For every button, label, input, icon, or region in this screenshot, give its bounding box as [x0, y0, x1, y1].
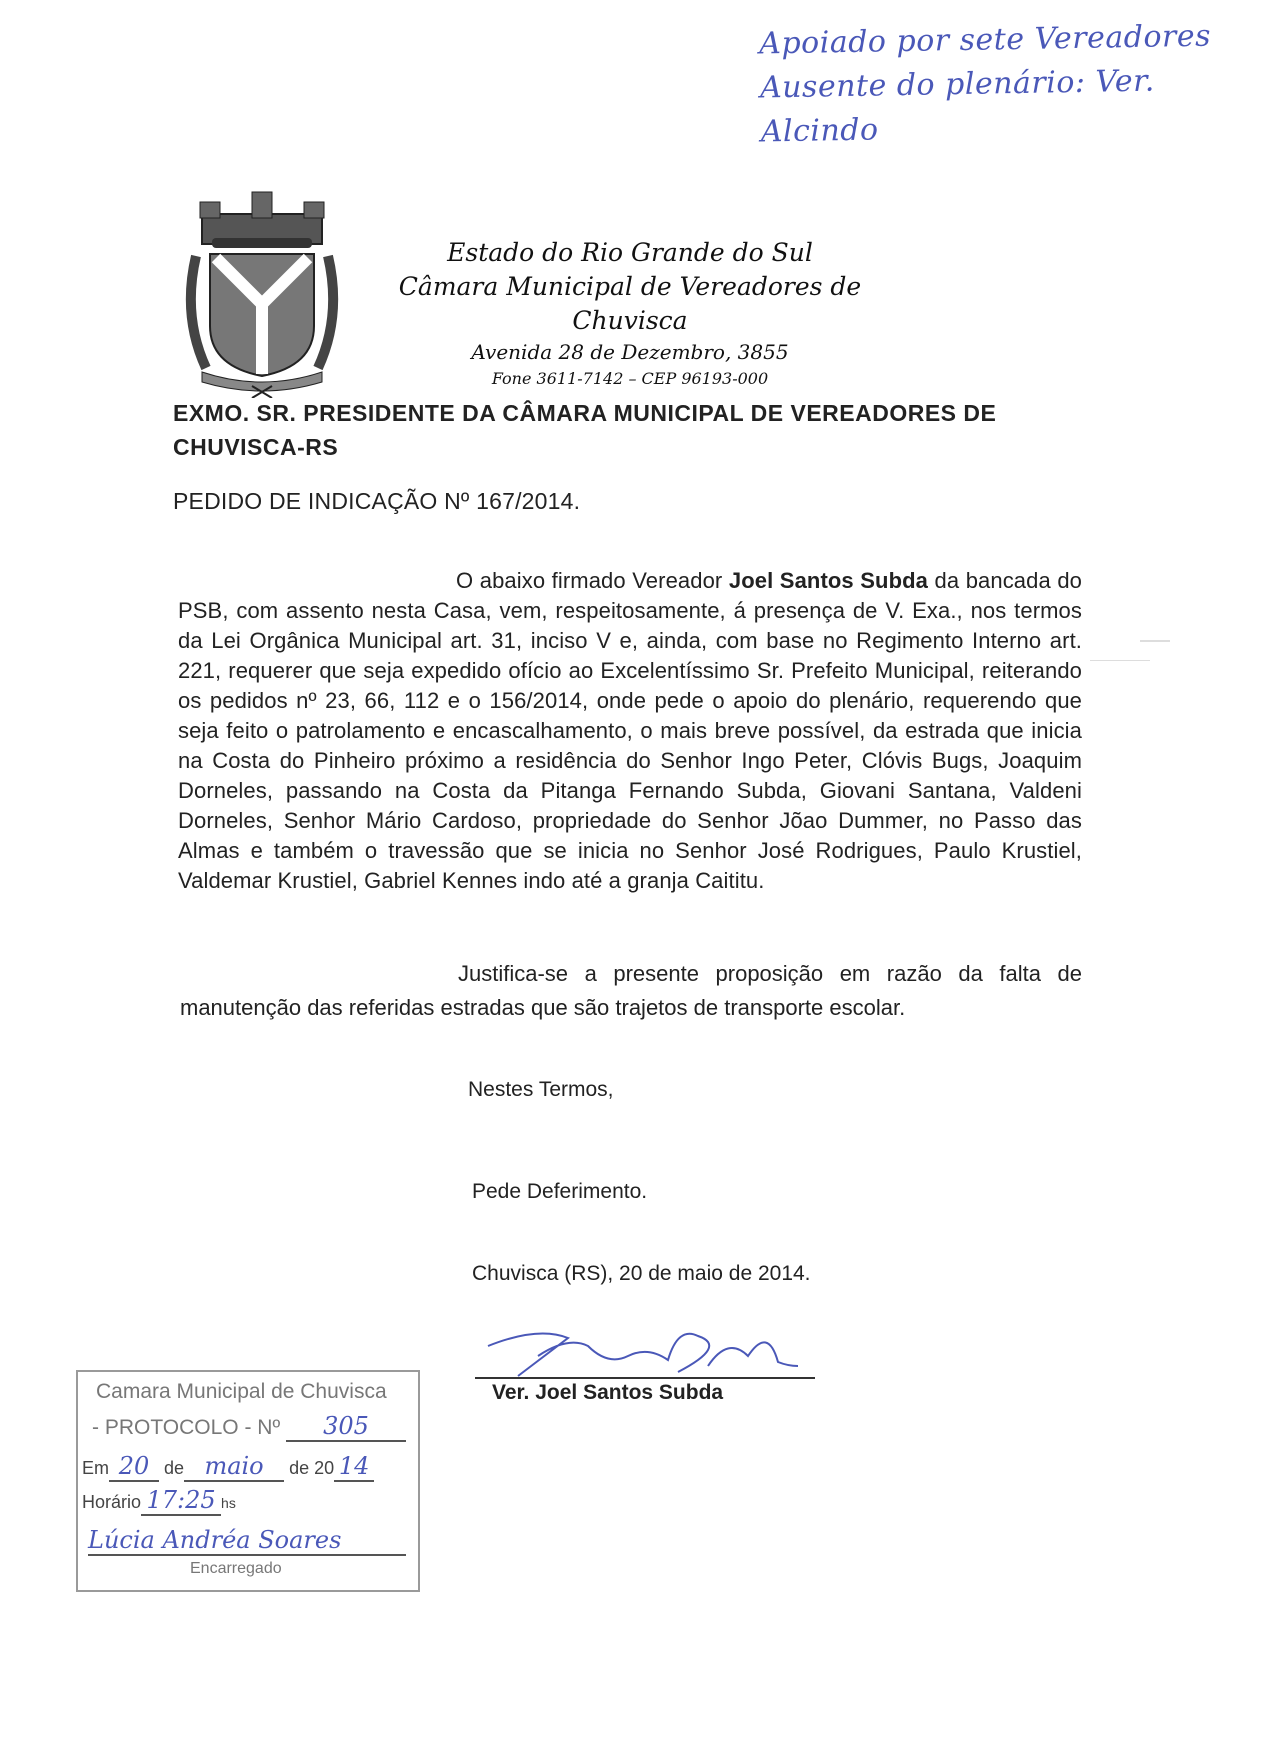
stamp-time-suffix: hs	[221, 1495, 236, 1511]
stamp-date-row: Em20 demaio de 2014	[82, 1452, 374, 1482]
stamp-time-row: Horário17:25hs	[82, 1486, 236, 1516]
request-title: PEDIDO DE INDICAÇÃO Nº 167/2014.	[173, 488, 580, 515]
body-paragraph: O abaixo firmado Vereador Joel Santos Su…	[178, 566, 1082, 896]
addressee-line-2: CHUVISCA-RS	[173, 430, 1073, 464]
stamp-month: maio	[184, 1452, 284, 1482]
letterhead-address: Avenida 28 de Dezembro, 3855	[340, 338, 920, 366]
body-main: da bancada do PSB, com assento nesta Cas…	[178, 568, 1082, 893]
stamp-year-prefix: de 20	[289, 1458, 334, 1478]
closing-terms: Nestes Termos,	[468, 1078, 614, 1102]
stamp-protocol-row: - PROTOCOLO - Nº 305	[92, 1412, 406, 1442]
signatory-name: Ver. Joel Santos Subda	[492, 1381, 723, 1405]
closing-request: Pede Deferimento.	[472, 1180, 647, 1204]
stamp-time-label: Horário	[82, 1492, 141, 1512]
protocol-stamp: Camara Municipal de Chuvisca - PROTOCOLO…	[76, 1370, 420, 1592]
letterhead: Estado do Rio Grande do Sul Câmara Munic…	[340, 236, 920, 392]
justification-paragraph: Justifica-se a presente proposição em ra…	[180, 957, 1082, 1025]
stamp-header: Camara Municipal de Chuvisca	[96, 1380, 387, 1404]
signature-line	[475, 1377, 815, 1379]
letterhead-state: Estado do Rio Grande do Sul	[340, 236, 920, 270]
stamp-day: 20	[109, 1452, 159, 1482]
stamp-protocol-number: 305	[286, 1412, 406, 1442]
stamp-protocol-label: - PROTOCOLO - Nº	[92, 1416, 280, 1439]
body-intro: O abaixo firmado Vereador	[456, 568, 729, 593]
addressee: EXMO. SR. PRESIDENTE DA CÂMARA MUNICIPAL…	[173, 396, 1073, 464]
stamp-date-prefix: Em	[82, 1458, 109, 1478]
scan-speck	[1090, 660, 1150, 661]
letterhead-contact: Fone 3611-7142 – CEP 96193-000	[340, 366, 920, 392]
stamp-month-prefix: de	[164, 1458, 184, 1478]
stamp-role: Encarregado	[190, 1560, 282, 1578]
signature-scrawl-icon	[478, 1316, 818, 1380]
author-name: Joel Santos Subda	[729, 568, 928, 593]
handwritten-annotation: Apoiado por sete Vereadores Ausente do p…	[759, 14, 1275, 155]
annotation-line-1: Apoiado por sete Vereadores	[759, 14, 1275, 67]
annotation-line-2: Ausente do plenário: Ver. Alcindo	[760, 58, 1275, 155]
addressee-line-1: EXMO. SR. PRESIDENTE DA CÂMARA MUNICIPAL…	[173, 396, 1073, 430]
stamp-signature: Lúcia Andréa Soares	[88, 1526, 406, 1556]
scan-speck	[1140, 640, 1170, 642]
coat-of-arms-icon	[182, 186, 342, 398]
stamp-year-suffix: 14	[334, 1452, 374, 1482]
stamp-time: 17:25	[141, 1486, 221, 1516]
letterhead-chamber: Câmara Municipal de Vereadores de Chuvis…	[340, 270, 920, 338]
place-date: Chuvisca (RS), 20 de maio de 2014.	[472, 1262, 811, 1286]
